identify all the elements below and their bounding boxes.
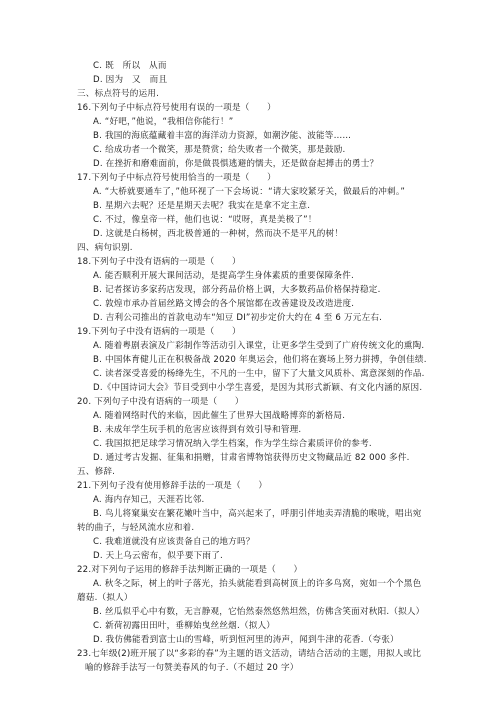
text-line: C. 敦煌市承办首届丝路文博会的各个展馆都在改善建设及改造进度. bbox=[93, 299, 354, 310]
text-line: B. 我国的海底蕴藏着丰富的海洋动力资源，如潮汐能、波能等…… bbox=[93, 131, 351, 142]
text-line: 22.对下列句子运用的修辞手法判断正确的一项是（ ） bbox=[77, 565, 302, 576]
text-line: A. “大桥就要通车了，”他环视了一下会场说：“请大家咬紧牙关，做最后的冲刺。” bbox=[93, 187, 405, 198]
text-line: 18.下列句子中没有语病的一项是（ ） bbox=[77, 257, 241, 268]
text-line: A. “好吧，”他说，“我相信你能行！” bbox=[93, 117, 233, 128]
text-line: 19.下列句子中没有语病的一项是（ ） bbox=[77, 327, 241, 338]
text-line: B. 未成年学生玩手机的危害应该得到有效引导和管理. bbox=[93, 425, 301, 436]
text-line: 23.七年级(2)班开展了以“多彩的春”为主题的语文活动，请结合活动的主题，用拟… bbox=[77, 649, 421, 660]
text-line: A. 随着粤剧表演及广彩制作等活动引入课堂，让更多学生受到了广府传统文化的熏陶. bbox=[93, 341, 424, 352]
text-line: 蘑菇.（拟人） bbox=[77, 593, 133, 604]
text-line: D. 我仿佛能看到富士山的雪峰，听到恒河里的涛声，闻到牛津的花香.（夸张） bbox=[93, 635, 399, 646]
text-line: 五、修辞. bbox=[77, 467, 115, 478]
text-line: B. 中国体育健儿正在积极备战 2020 年奥运会，他们将在赛场上努力拼搏，争创… bbox=[93, 355, 427, 366]
text-line: C. 不过，像皇帝一样，他们也说：“哎呀，真是美极了”！ bbox=[93, 215, 317, 226]
text-line: D. 这就是白杨树，西北极普通的一种树，然而决不是平凡的树！ bbox=[93, 229, 343, 240]
text-line: D. 因为 又 而且 bbox=[93, 75, 167, 86]
text-line: D. 通过考古发掘、征集和捐赠，甘肃省博物馆获得历史文物藏品近 82 000 多… bbox=[93, 453, 410, 464]
text-line: C. 读者深受喜爱的杨绛先生，不凡的一生中，留下了大量文风质朴、寓意深刻的作品. bbox=[93, 369, 425, 380]
text-line: A. 随着网络时代的来临，因此催生了世界大国战略博弈的新格局. bbox=[93, 411, 345, 422]
text-line: C. 我国拟把足球学习情况纳入学生档案，作为学生综合素质评价的参考. bbox=[93, 439, 372, 450]
text-line: D. 在挫折和磨难面前，你是做畏惧逃避的懦夫，还是做奋起搏击的勇士？ bbox=[93, 159, 378, 170]
text-line: C. 给成功者一个微笑，那是赞赏；给失败者一个微笑，那是鼓励. bbox=[93, 145, 345, 156]
text-line: 喻的修辞手法写一句赞美春风的句子.（不超过 20 字） bbox=[85, 663, 299, 674]
text-line: 17.下列句子中标点符号使用恰当的一项是（ ） bbox=[77, 173, 276, 184]
document-page: C. 既 所以 从而D. 因为 又 而且三、标点符号的运用.16.下列句子中标点… bbox=[0, 0, 500, 707]
text-line: D. 天上乌云密布，似乎要下雨了. bbox=[93, 551, 223, 562]
text-line: B. 记者探访多家药店发现，部分药品价格上调，大多数药品价格保持稳定. bbox=[93, 285, 381, 296]
text-line: B. 丝瓜似乎心中有数，无言静观，它怡然泰然悠然坦然，仿佛含笑面对秋阳.（拟人） bbox=[93, 607, 424, 618]
text-line: 16.下列句子中标点符号使用有误的一项是（ ） bbox=[77, 103, 276, 114]
text-line: 四、病句识别. bbox=[77, 243, 133, 254]
text-line: C. 我难道就没有应该责备自己的地方吗？ bbox=[93, 537, 255, 548]
text-line: A. 海内存知己，天涯若比邻. bbox=[93, 495, 204, 506]
text-line: B. 鸟儿将窠巢安在繁花嫩叶当中，高兴起来了，呼朋引伴地卖弄清脆的喉咙，唱出宛 bbox=[93, 509, 422, 520]
text-line: 21.下列句子没有使用修辞手法的一项是（ ） bbox=[77, 481, 267, 492]
text-line: 转的曲子，与轻风流水应和着. bbox=[77, 523, 194, 534]
text-line: A. 能否顺利开展大课间活动，是提高学生身体素质的重要保障条件. bbox=[93, 271, 354, 282]
text-line: C. 新荷初露田田叶，垂柳始曳丝丝烟.（拟人） bbox=[93, 621, 275, 632]
text-line: B. 星期六去呢？还是星期天去呢？我实在是拿不定主意. bbox=[93, 201, 310, 212]
text-line: 20. 下列句子中没有语病的一项是（ ） bbox=[77, 397, 244, 408]
text-line: A. 秋冬之际，树上的叶子落光，抬头就能看到高树顶上的许多鸟窝，宛如一个个黑色 bbox=[93, 579, 421, 590]
text-line: D. 吉利公司推出的首款电动车“知豆 DI”初步定价大约在 4 至 6 万元左右… bbox=[93, 313, 382, 324]
text-line: C. 既 所以 从而 bbox=[93, 61, 167, 72]
text-line: D.《中国诗词大会》节目受到中小学生喜爱，是因为其形式新颖、有文化内涵的原因. bbox=[93, 383, 422, 394]
text-line: 三、标点符号的运用. bbox=[77, 89, 159, 100]
